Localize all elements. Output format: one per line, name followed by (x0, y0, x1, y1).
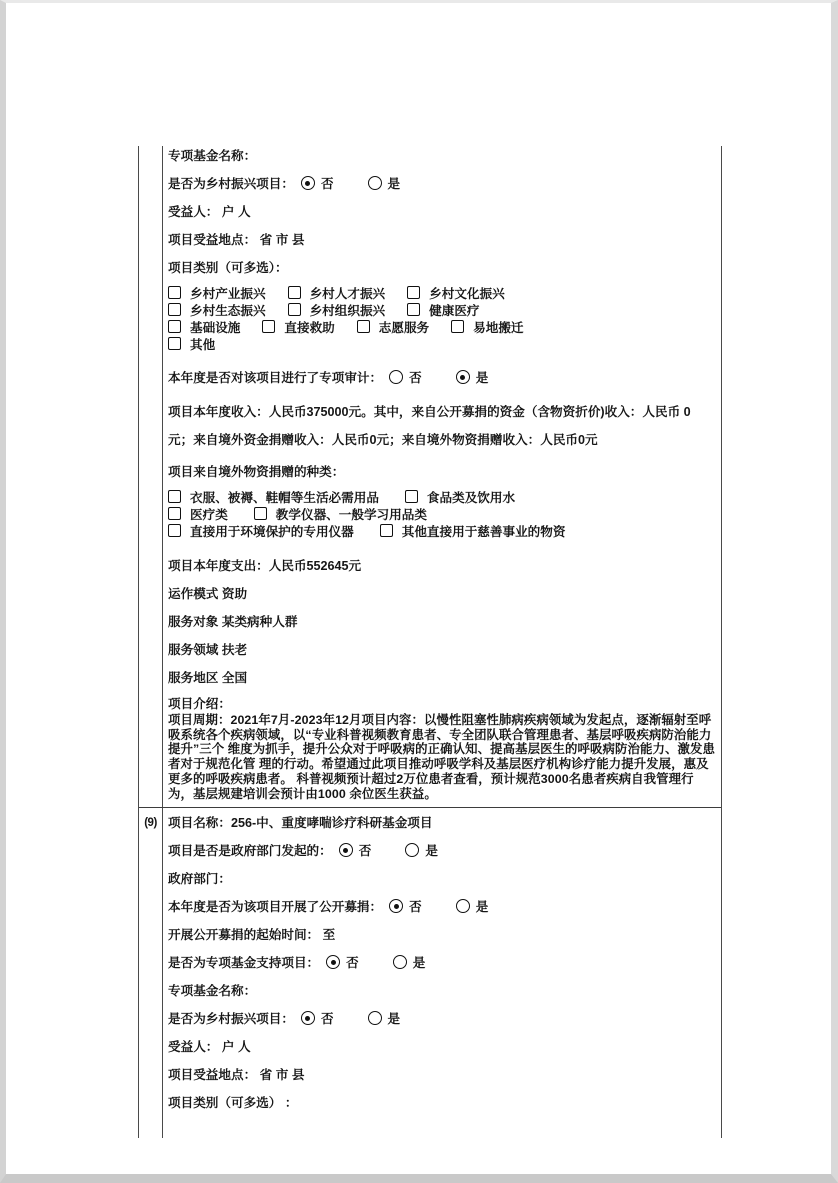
radio-fund-support-yes[interactable] (393, 955, 407, 969)
goods-item: 医疗类 (168, 507, 228, 524)
checkbox-label: 乡村组织振兴 (310, 304, 386, 318)
category-label: 项目类别（可多选）： (168, 260, 715, 276)
service-target-field: 服务对象 某类病种人群 (168, 614, 715, 630)
radio-audit-no[interactable] (389, 370, 403, 384)
operation-mode-field: 运作模式 资助 (168, 586, 715, 602)
radio-rural9-yes[interactable] (368, 1011, 382, 1025)
checkbox-label: 乡村人才振兴 (310, 287, 386, 301)
category-item: 乡村人才振兴 (288, 286, 386, 303)
goods-item: 其他直接用于慈善事业的物资 (380, 524, 566, 541)
checkbox-relocation[interactable] (451, 320, 464, 333)
public-fundraising-field: 本年度是否为该项目开展了公开募捐：否是 (168, 899, 715, 915)
gov-initiated-field: 项目是否是政府部门发起的：否是 (168, 843, 715, 859)
rural-revitalization-field: 是否为乡村振兴项目：否是 (168, 1011, 715, 1027)
scanned-document-page: 专项基金名称： 是否为乡村振兴项目：否是 受益人： 户 人 项目受益地点： 省 … (0, 0, 838, 1183)
checkbox-other[interactable] (168, 337, 181, 350)
checkbox-label: 其他 (190, 338, 215, 352)
service-area-field: 服务地区 全国 (168, 670, 715, 686)
radio-fundraising-no-label: 否 (409, 900, 422, 914)
radio-fundraising-yes[interactable] (456, 899, 470, 913)
category-item: 乡村文化振兴 (407, 286, 505, 303)
category-item: 健康医疗 (407, 303, 479, 320)
checkbox-label: 食品类及饮用水 (427, 491, 515, 505)
goods-row-1: 衣服、被褥、鞋帽等生活必需用品 食品类及饮用水 (168, 490, 715, 507)
category-row-3: 基础设施 直接救助 志愿服务 易地搬迁 (168, 320, 715, 337)
section-8-content: 专项基金名称： 是否为乡村振兴项目：否是 受益人： 户 人 项目受益地点： 省 … (163, 146, 721, 807)
category-item: 其他 (168, 337, 215, 354)
special-fund-name-field: 专项基金名称： (168, 148, 715, 164)
radio-fundraising-yes-label: 是 (476, 900, 489, 914)
special-fund-support-label: 是否为专项基金支持项目： (168, 956, 319, 970)
service-field-field: 服务领域 扶老 (168, 642, 715, 658)
radio-rural-yes[interactable] (368, 176, 382, 190)
overseas-goods-label: 项目来自境外物资捐赠的种类： (168, 464, 715, 480)
checkbox-direct-aid[interactable] (262, 320, 275, 333)
checkbox-food-drinking-water[interactable] (405, 490, 418, 503)
section-9-number: (9) (139, 808, 163, 1138)
section-8-row: 专项基金名称： 是否为乡村振兴项目：否是 受益人： 户 人 项目受益地点： 省 … (139, 146, 721, 807)
expenditure-field: 项目本年度支出：人民币552645元 (168, 558, 715, 574)
checkbox-rural-industry[interactable] (168, 286, 181, 299)
section-9-content: 项目名称：256-中、重度哮喘诊疗科研基金项目 项目是否是政府部门发起的：否是 … (163, 808, 721, 1138)
rural-revitalization-label: 是否为乡村振兴项目： (168, 177, 294, 191)
radio-rural-no-label: 否 (321, 177, 334, 191)
checkbox-environmental-instruments[interactable] (168, 524, 181, 537)
category-item: 基础设施 (168, 320, 240, 337)
radio-gov-yes[interactable] (405, 843, 419, 857)
radio-fund-support-no[interactable] (326, 955, 340, 969)
category-item: 易地搬迁 (451, 320, 523, 337)
annual-report-project-table: 专项基金名称： 是否为乡村振兴项目：否是 受益人： 户 人 项目受益地点： 省 … (138, 146, 722, 1138)
section-9-row: (9) 项目名称：256-中、重度哮喘诊疗科研基金项目 项目是否是政府部门发起的… (139, 807, 721, 1138)
special-fund-name-field: 专项基金名称： (168, 983, 715, 999)
audit-label: 本年度是否对该项目进行了专项审计： (168, 371, 382, 385)
radio-rural9-no[interactable] (301, 1011, 315, 1025)
category-item: 乡村组织振兴 (288, 303, 386, 320)
checkbox-label: 乡村文化振兴 (429, 287, 505, 301)
intro-label: 项目介绍： (168, 696, 715, 712)
radio-audit-yes[interactable] (456, 370, 470, 384)
radio-gov-no[interactable] (339, 843, 353, 857)
radio-rural-yes-label: 是 (388, 177, 401, 191)
rural-revitalization-field: 是否为乡村振兴项目：否是 (168, 176, 715, 192)
checkbox-label: 直接用于环境保护的专用仪器 (190, 525, 354, 539)
radio-rural-no[interactable] (301, 176, 315, 190)
checkbox-other-charity-goods[interactable] (380, 524, 393, 537)
category-row-1: 乡村产业振兴 乡村人才振兴 乡村文化振兴 (168, 286, 715, 303)
checkbox-label: 乡村生态振兴 (190, 304, 266, 318)
checkbox-clothing-daily-necessities[interactable] (168, 490, 181, 503)
category-label: 项目类别（可多选） ： (168, 1095, 715, 1111)
category-item: 志愿服务 (357, 320, 429, 337)
gov-dept-field: 政府部门： (168, 871, 715, 887)
radio-audit-no-label: 否 (409, 371, 422, 385)
goods-item: 食品类及饮用水 (405, 490, 515, 507)
beneficiaries-field: 受益人： 户 人 (168, 1039, 715, 1055)
checkbox-rural-ecology[interactable] (168, 303, 181, 316)
radio-fund-support-yes-label: 是 (413, 956, 426, 970)
checkbox-label: 直接救助 (284, 321, 334, 335)
benefit-location-field: 项目受益地点： 省 市 县 (168, 232, 715, 248)
checkbox-volunteer-service[interactable] (357, 320, 370, 333)
checkbox-label: 志愿服务 (379, 321, 429, 335)
checkbox-label: 其他直接用于慈善事业的物资 (402, 525, 566, 539)
category-row-4: 其他 (168, 337, 715, 354)
audit-field: 本年度是否对该项目进行了专项审计：否是 (168, 370, 715, 386)
checkbox-label: 衣服、被褥、鞋帽等生活必需用品 (190, 491, 379, 505)
radio-gov-no-label: 否 (359, 844, 372, 858)
radio-fundraising-no[interactable] (389, 899, 403, 913)
goods-row-3: 直接用于环境保护的专用仪器 其他直接用于慈善事业的物资 (168, 524, 715, 541)
radio-audit-yes-label: 是 (476, 371, 489, 385)
checkbox-label: 乡村产业振兴 (190, 287, 266, 301)
category-item: 乡村产业振兴 (168, 286, 266, 303)
fundraising-time-field: 开展公开募捐的起始时间： 至 (168, 927, 715, 943)
checkbox-label: 医疗类 (190, 508, 228, 522)
radio-rural9-yes-label: 是 (388, 1012, 401, 1026)
category-row-2: 乡村生态振兴 乡村组织振兴 健康医疗 (168, 303, 715, 320)
public-fundraising-label: 本年度是否为该项目开展了公开募捐： (168, 900, 382, 914)
goods-item: 衣服、被褥、鞋帽等生活必需用品 (168, 490, 379, 507)
goods-row-2: 医疗类 教学仪器、一般学习用品类 (168, 507, 715, 524)
checkbox-label: 教学仪器、一般学习用品类 (276, 508, 427, 522)
radio-rural9-no-label: 否 (321, 1012, 334, 1026)
checkbox-rural-culture[interactable] (407, 286, 420, 299)
section-8-number-cell (139, 146, 163, 807)
category-item: 直接救助 (262, 320, 334, 337)
checkbox-label: 易地搬迁 (473, 321, 523, 335)
checkbox-medical[interactable] (168, 507, 181, 520)
checkbox-rural-talent[interactable] (288, 286, 301, 299)
checkbox-label: 健康医疗 (429, 304, 479, 318)
checkbox-teaching-equipment[interactable] (254, 507, 267, 520)
gov-initiated-label: 项目是否是政府部门发起的： (168, 844, 332, 858)
special-fund-support-field: 是否为专项基金支持项目：否是 (168, 955, 715, 971)
project-name-field: 项目名称：256-中、重度哮喘诊疗科研基金项目 (168, 815, 715, 831)
radio-fund-support-no-label: 否 (346, 956, 359, 970)
goods-item: 直接用于环境保护的专用仪器 (168, 524, 354, 541)
checkbox-infrastructure[interactable] (168, 320, 181, 333)
goods-item: 教学仪器、一般学习用品类 (254, 507, 427, 524)
checkbox-rural-organization[interactable] (288, 303, 301, 316)
benefit-location-field: 项目受益地点： 省 市 县 (168, 1067, 715, 1083)
annual-income-text: 项目本年度收入：人民币375000元。其中，来自公开募捐的资金（含物资折价)收入… (168, 398, 715, 454)
beneficiaries-field: 受益人： 户 人 (168, 204, 715, 220)
rural-revitalization-label: 是否为乡村振兴项目： (168, 1012, 294, 1026)
category-item: 乡村生态振兴 (168, 303, 266, 320)
radio-gov-yes-label: 是 (425, 844, 438, 858)
checkbox-health-medical[interactable] (407, 303, 420, 316)
checkbox-label: 基础设施 (190, 321, 240, 335)
project-intro-text: 项目周期：2021年7月-2023年12月项目内容：以慢性阻塞性肺病疾病领域为发… (168, 713, 715, 801)
